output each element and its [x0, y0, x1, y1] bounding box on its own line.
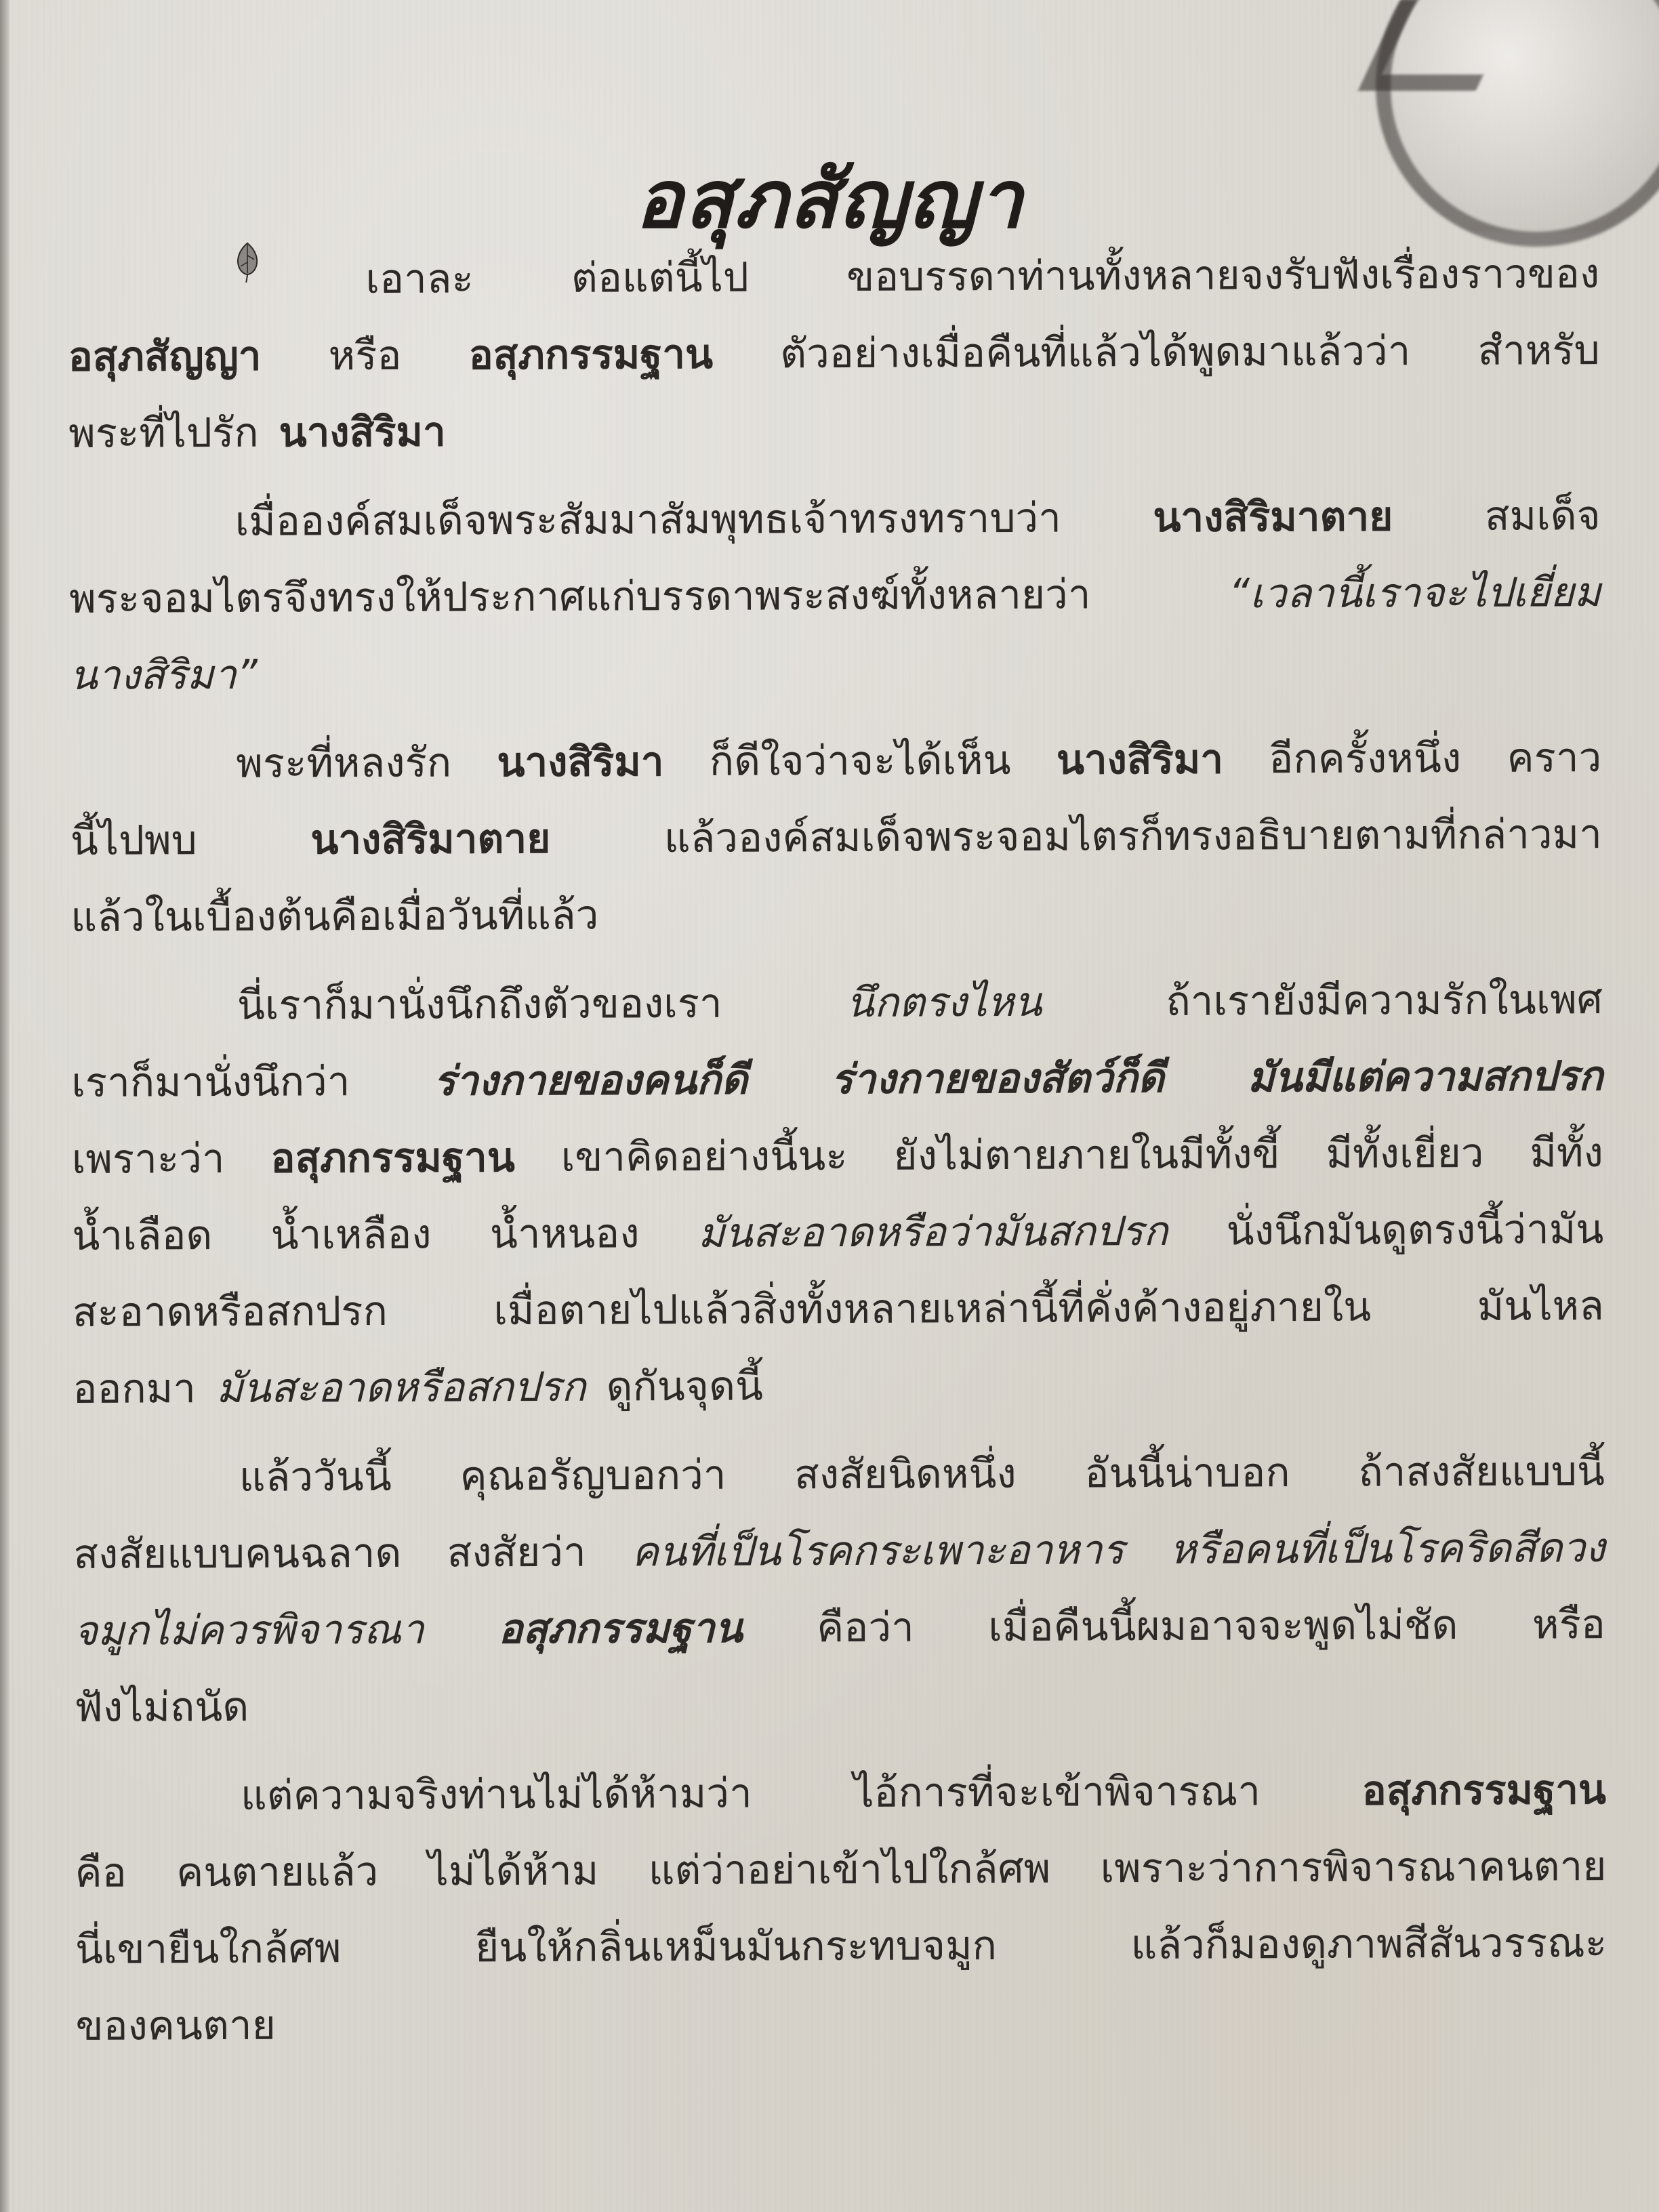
text-line: แล้วในเบื้องต้นคือเมื่อวันที่แล้ว	[70, 873, 1602, 956]
word: พระที่หลงรัก	[236, 725, 451, 802]
word: ร่างกายของคนก็ดี	[434, 1042, 748, 1120]
word: เพราะว่า	[72, 1121, 225, 1198]
text-line: พระที่ไปรักนางสิริมา	[68, 389, 1600, 472]
word: นึกตรงไหน	[846, 964, 1042, 1042]
word: ไม่ได้ห้าม	[428, 1833, 598, 1910]
word: อสุภกรรมฐาน	[498, 1591, 743, 1668]
word: จมูกไม่ควรพิจารณา	[74, 1592, 424, 1670]
word: ถ้าสงสัยแบบนี้	[1358, 1433, 1605, 1511]
word: น้ำหนอง	[490, 1195, 640, 1273]
text-line: จมูกไม่ควรพิจารณาอสุภกรรมฐานคือว่าเมื่อค…	[74, 1586, 1605, 1670]
text-line: น้ำเลือดน้ำเหลืองน้ำหนองมันสะอาดหรือว่าม…	[72, 1191, 1603, 1275]
word: เมื่อคืนนี้ผมอาจจะพูดไม่ชัด	[988, 1587, 1458, 1666]
paragraph: เมื่อองค์สมเด็จพระสัมมาสัมพุทธเจ้าทรงทรา…	[69, 478, 1601, 714]
leaf-bullet-icon	[234, 242, 261, 284]
word: ของคนตาย	[75, 1988, 276, 2065]
word: อีกครั้งหนึ่ง	[1269, 720, 1461, 798]
word: นางสิริมา	[1057, 722, 1224, 799]
text-line: เมื่อองค์สมเด็จพระสัมมาสัมพุทธเจ้าทรงทรา…	[69, 478, 1601, 561]
word: คนที่เป็นโรคกระเพาะอาหาร	[632, 1512, 1124, 1591]
word: น้ำเหลือง	[270, 1197, 431, 1274]
word: แต่ความจริงท่านไม่ได้ห้ามว่า	[241, 1756, 752, 1835]
word: น้ำเลือด	[72, 1197, 212, 1275]
word: เพราะว่าการพิจารณาคนตาย	[1100, 1828, 1606, 1907]
word: นี่เราก็มานั่งนึกถึงตัวของเรา	[237, 966, 722, 1044]
word: แล้ววันนี้	[239, 1439, 392, 1516]
word: นั่งนึกมันดูตรงนี้ว่ามัน	[1226, 1191, 1603, 1269]
word: สงสัยว่า	[447, 1515, 586, 1592]
paragraph: นี่เราก็มานั่งนึกถึงตัวของเรานึกตรงไหนถ้…	[71, 962, 1605, 1428]
paragraph: เอาละต่อแต่นี้ไปขอบรรดาท่านทั้งหลายจงรับ…	[68, 236, 1600, 472]
word: ไอ้การที่จะเข้าพิจารณา	[853, 1753, 1261, 1832]
text-line: ออกมามันสะอาดหรือสกปรกดูกันจุดนี้	[73, 1345, 1604, 1428]
text-line: อสุภสัญญาหรืออสุภกรรมฐานตัวอย่างเมื่อคืน…	[68, 312, 1599, 396]
word: เอาละ	[365, 241, 474, 318]
word: สงสัยแบบคนฉลาด	[73, 1515, 401, 1593]
text-line: คือคนตายแล้วไม่ได้ห้ามแต่ว่าอย่าเข้าไปใก…	[75, 1828, 1606, 1912]
text-line: นี่เราก็มานั่งนึกถึงตัวของเรานึกตรงไหนถ้…	[71, 962, 1603, 1045]
word: เมื่อองค์สมเด็จพระสัมมาสัมพุทธเจ้าทรงทรา…	[235, 480, 1062, 560]
word: นางสิริมาตาย	[310, 801, 550, 879]
text-line: สงสัยแบบคนฉลาดสงสัยว่าคนที่เป็นโรคกระเพา…	[73, 1510, 1605, 1593]
word: ตัวอย่างเมื่อคืนที่แล้วได้พูดมาแล้วว่า	[780, 313, 1411, 392]
body-text: เอาละต่อแต่นี้ไปขอบรรดาท่านทั้งหลายจงรับ…	[68, 236, 1607, 2077]
text-line: เพราะว่าอสุภกรรมฐานเขาคิดอย่างนี้นะยังไม…	[72, 1115, 1603, 1198]
word: นี่เขายืนใกล้ศพ	[75, 1910, 342, 1988]
paragraph: แล้ววันนี้คุณอรัญบอกว่าสงสัยนิดหนึ่งอันน…	[73, 1433, 1606, 1746]
word: มันไหล	[1477, 1268, 1605, 1345]
word: มันสะอาดหรือสกปรก	[216, 1349, 586, 1427]
word: แล้วองค์สมเด็จพระจอมไตรก็ทรงอธิบายตามที่…	[664, 796, 1602, 877]
word: แล้วในเบื้องต้นคือเมื่อวันที่แล้ว	[70, 878, 599, 956]
word: สงสัยนิดหนึ่ง	[794, 1436, 1017, 1513]
text-line: แต่ความจริงท่านไม่ได้ห้ามว่าไอ้การที่จะเ…	[75, 1752, 1606, 1835]
word: นางสิริมา	[497, 724, 664, 801]
word: อันนี้น่าบอก	[1084, 1435, 1290, 1512]
word: มันมีแต่ความสกปรก	[1248, 1038, 1603, 1116]
word: คุณอรัญบอกว่า	[459, 1437, 726, 1515]
word: สมเด็จ	[1485, 478, 1601, 555]
word: นางสิริมาตาย	[1153, 478, 1393, 556]
word: ยังไม่ตายภายในมีทั้งขี้	[893, 1116, 1280, 1194]
word: นี้ไปพบ	[70, 802, 197, 880]
word: ต่อแต่นี้ไป	[571, 240, 749, 317]
text-line: พระที่หลงรักนางสิริมาก็ดีใจว่าจะได้เห็นน…	[70, 720, 1601, 803]
word: ร่างกายของสัตว์ก็ดี	[831, 1040, 1164, 1118]
word: คือ	[75, 1835, 127, 1912]
word: อสุภกรรมฐาน	[468, 316, 713, 394]
word: สะอาดหรือสกปรก	[73, 1273, 388, 1351]
word: หรือ	[328, 318, 401, 394]
word: เขาคิดอย่างนี้นะ	[561, 1118, 848, 1196]
word: ดูกันจุดนี้	[606, 1349, 763, 1426]
word: หรือคนที่เป็นโรคริดสีดวง	[1170, 1510, 1605, 1589]
text-line: นี่เขายืนใกล้ศพยืนให้กลิ่นเหม็นมันกระทบจ…	[75, 1905, 1607, 1988]
word: เมื่อตายไปแล้วสิ่งทั้งหลายเหล่านี้ที่คั่…	[493, 1269, 1371, 1350]
page-binding-edge	[0, 0, 9, 2212]
word: คือว่า	[817, 1590, 914, 1667]
paragraph: แต่ความจริงท่านไม่ได้ห้ามว่าไอ้การที่จะเ…	[75, 1752, 1607, 2065]
word: พระจอมไตรจึงทรงให้ประกาศแก่บรรดาพระสงฆ์ท…	[69, 556, 1091, 638]
text-line: เราก็มานั่งนึกว่าร่างกายของคนก็ดีร่างกาย…	[71, 1038, 1603, 1122]
text-line: ของคนตาย	[75, 1982, 1607, 2065]
word: มีทั้ง	[1530, 1115, 1603, 1191]
word: ฟังไม่ถนัด	[74, 1669, 249, 1746]
word: แต่ว่าอย่าเข้าไปใกล้ศพ	[649, 1831, 1051, 1910]
text-line: นี้ไปพบนางสิริมาตายแล้วองค์สมเด็จพระจอมไ…	[70, 796, 1602, 880]
word: ก็ดีใจว่าจะได้เห็น	[710, 722, 1011, 800]
text-line: พระจอมไตรจึงทรงให้ประกาศแก่บรรดาพระสงฆ์ท…	[69, 554, 1601, 638]
word: ถ้าเรายังมีความรักในเพศ	[1166, 962, 1603, 1040]
word: ขอบรรดาท่านทั้งหลายจงรับฟังเรื่องราวของ	[846, 236, 1600, 316]
word: สำหรับ	[1477, 312, 1600, 390]
text-line: เอาละต่อแต่นี้ไปขอบรรดาท่านทั้งหลายจงรับ…	[68, 236, 1599, 319]
word: นางสิริมา”	[70, 637, 258, 714]
word: เราก็มานั่งนึกว่า	[71, 1044, 350, 1122]
word: พระที่ไปรัก	[68, 395, 259, 472]
word: อสุภสัญญา	[68, 319, 261, 396]
word: คนตายแล้ว	[176, 1834, 379, 1911]
word: มันสะอาดหรือว่ามันสกปรก	[698, 1193, 1168, 1272]
word: ยืนให้กลิ่นเหม็นมันกระทบจมูก	[475, 1908, 997, 1986]
word: นางสิริมา	[279, 394, 446, 472]
word: แล้วก็มองดูภาพสีสันวรรณะ	[1130, 1905, 1607, 1984]
paragraph: พระที่หลงรักนางสิริมาก็ดีใจว่าจะได้เห็นน…	[70, 720, 1602, 956]
word: คราว	[1507, 720, 1601, 797]
word: มีทั้งเยี่ยว	[1326, 1115, 1483, 1193]
text-line: นางสิริมา”	[70, 631, 1601, 714]
word: หรือ	[1532, 1586, 1605, 1663]
word: ออกมา	[73, 1351, 196, 1428]
word: “เวลานี้เราจะไปเยี่ยม	[1229, 554, 1601, 632]
word: อสุภกรรมฐาน	[1361, 1752, 1606, 1830]
word: อสุภกรรมฐาน	[270, 1120, 515, 1197]
text-line: แล้ววันนี้คุณอรัญบอกว่าสงสัยนิดหนึ่งอันน…	[73, 1433, 1605, 1517]
text-line: สะอาดหรือสกปรกเมื่อตายไปแล้วสิ่งทั้งหลาย…	[73, 1268, 1604, 1351]
text-line: ฟังไม่ถนัด	[74, 1663, 1605, 1746]
